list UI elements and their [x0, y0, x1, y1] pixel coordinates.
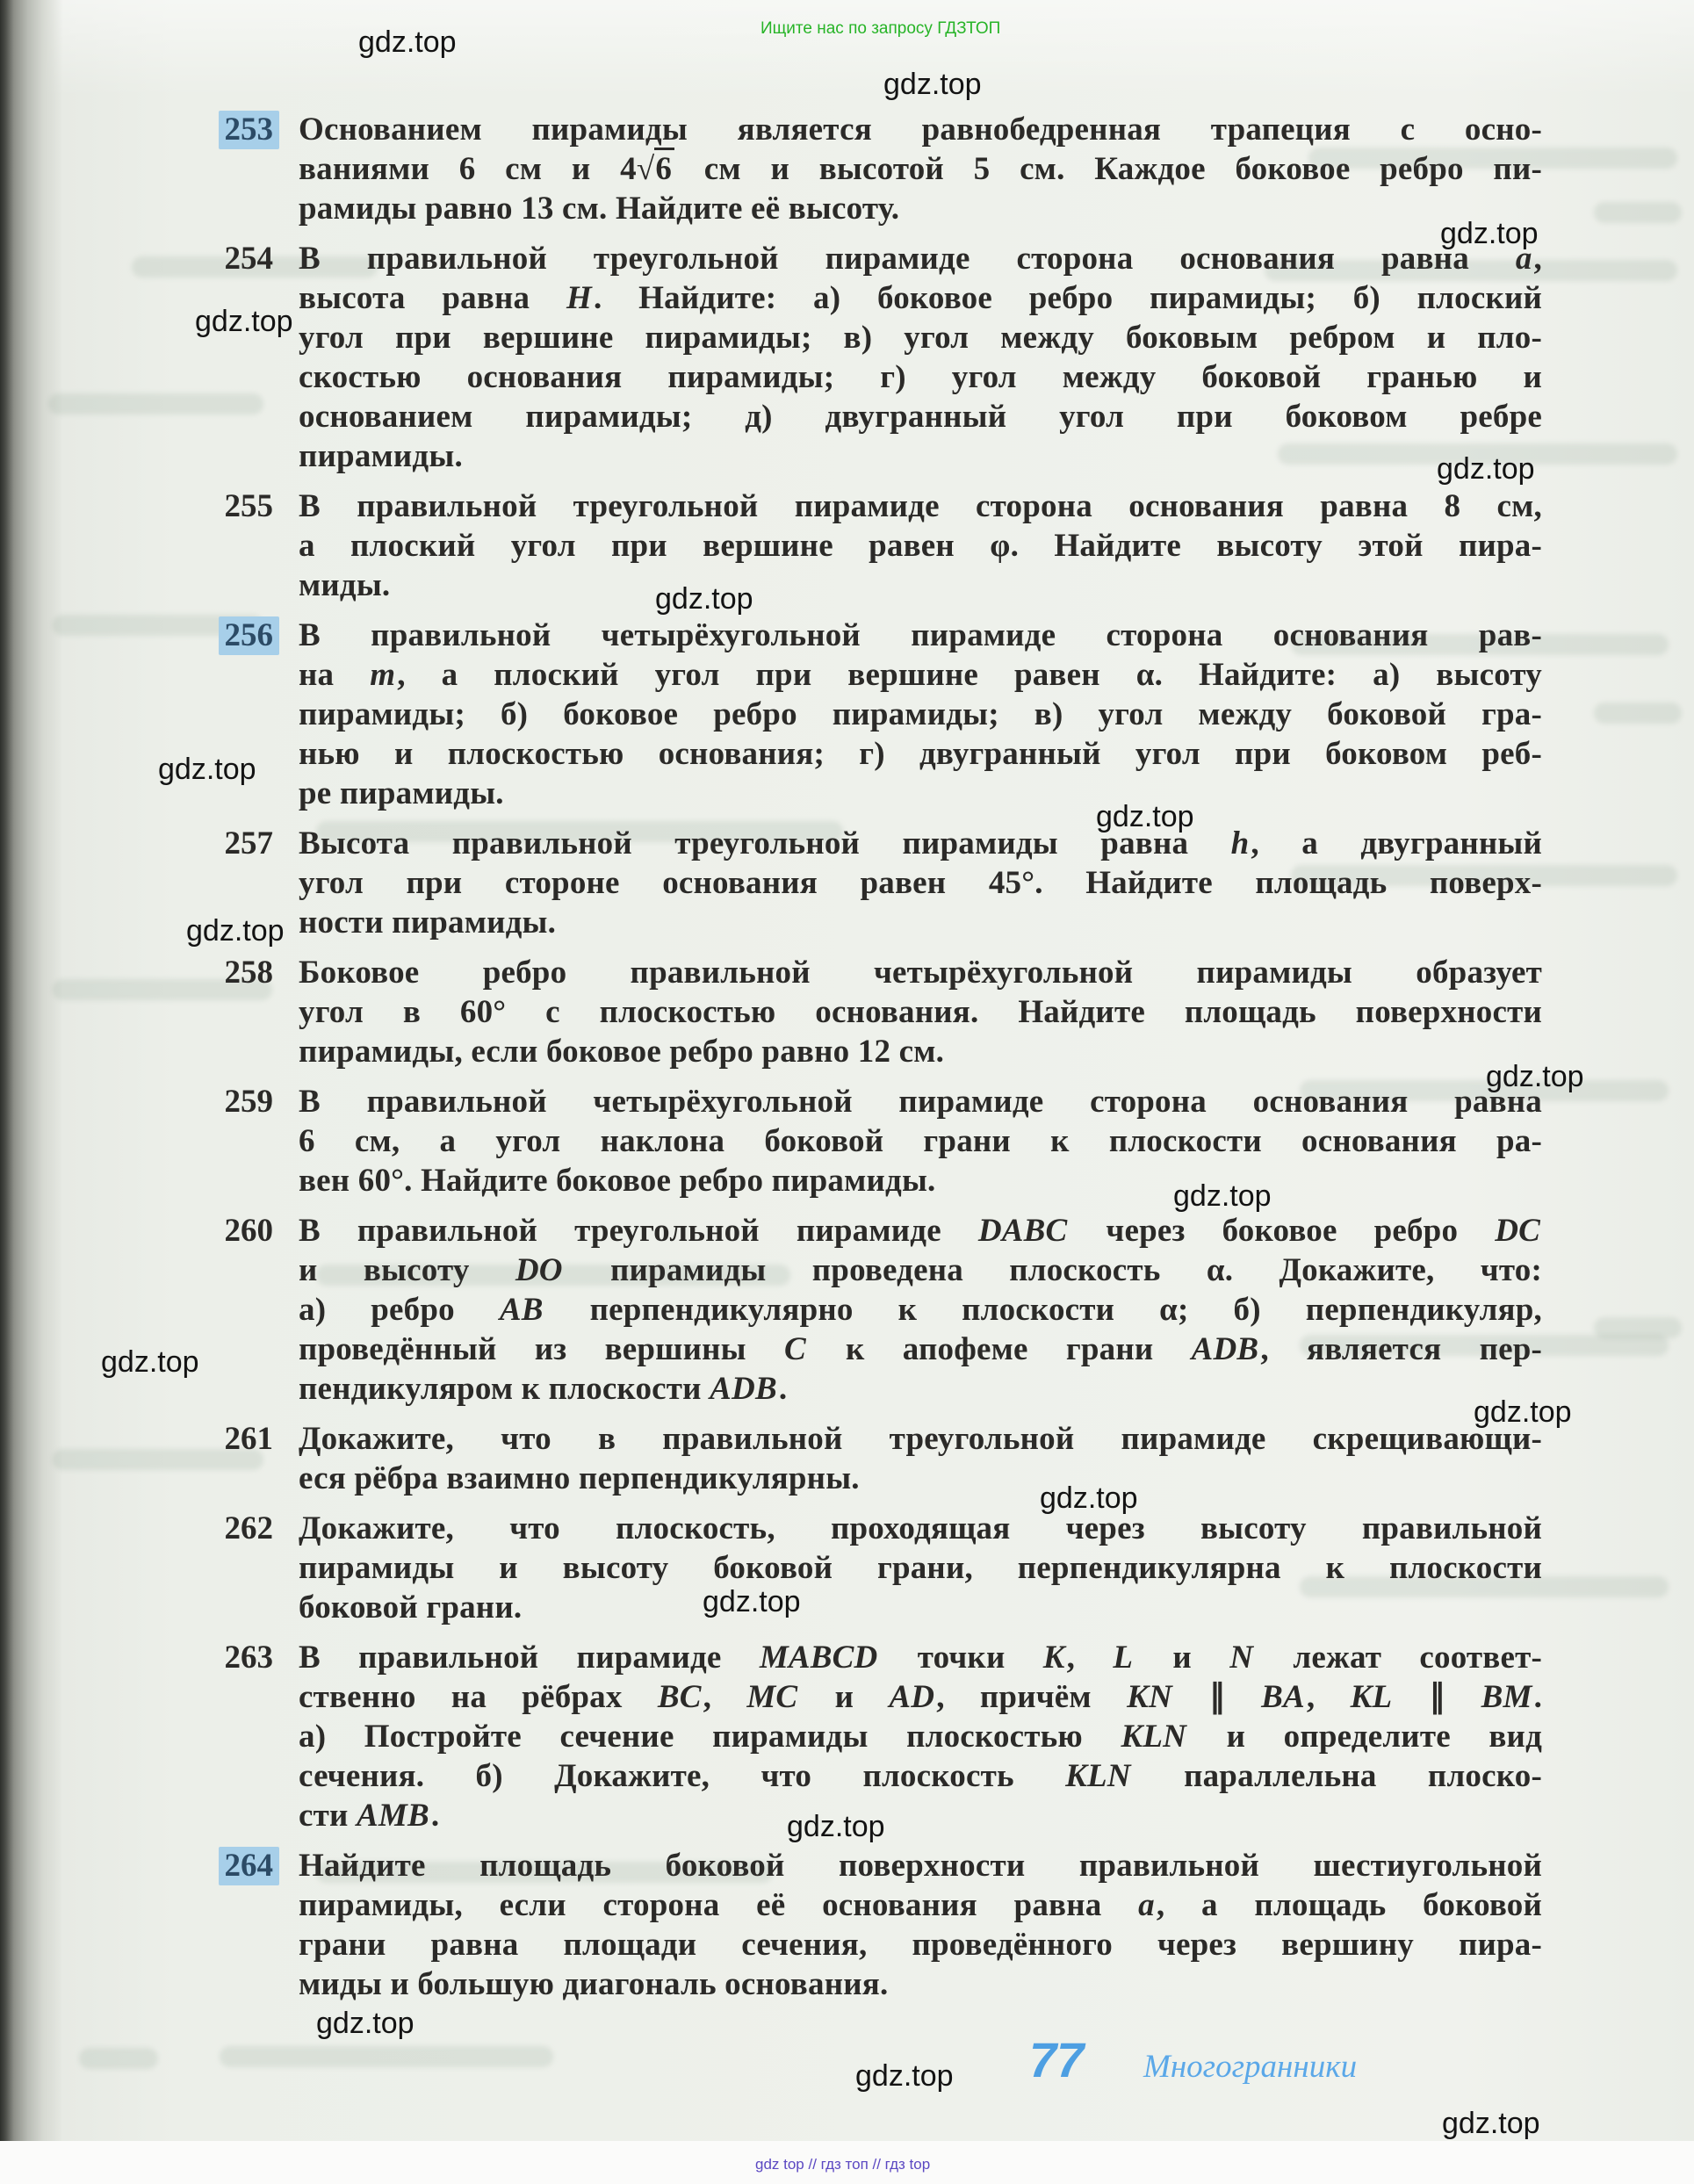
problem-text-line: Докажите, что в правильной треугольной п…: [299, 1419, 1542, 1459]
problem-number-highlighted: 256: [219, 616, 280, 655]
problem-text-line: ре пирамиды.: [299, 774, 1542, 813]
gdz-watermark: gdz.top: [101, 1346, 199, 1378]
problem-text-line: 6 см, а угол наклона боковой грани к пло…: [299, 1121, 1542, 1161]
gdz-watermark: gdz.top: [1096, 801, 1194, 833]
problem-text-line: угол при стороне основания равен 45°. На…: [299, 863, 1542, 903]
problem-text-line: Докажите, что плоскость, проходящая чере…: [299, 1509, 1542, 1548]
problem-number-highlighted: 253: [219, 111, 280, 149]
gdz-watermark: gdz.top: [1440, 218, 1539, 249]
gdz-watermark: gdz.top: [316, 2007, 414, 2039]
problem-text-line: высота равна H. Найдите: а) боковое ребр…: [299, 278, 1542, 318]
problem-text-line: и высоту DO пирамиды проведена плоскость…: [299, 1251, 1542, 1290]
problem-item: 264Найдите площадь боковой поверхности п…: [299, 1846, 1542, 2004]
footer-section-title: Многогранники: [1143, 2050, 1357, 2085]
book-binding-shadow: [0, 0, 63, 2147]
problem-number: 255: [219, 487, 280, 526]
problem-text-line: еся рёбра взаимно перпендикулярны.: [299, 1459, 1542, 1498]
problem-text-line: пирамиды, если сторона её основания равн…: [299, 1885, 1542, 1925]
problem-text-line: Боковое ребро правильной четырёхугольной…: [299, 953, 1542, 992]
footer-watermark-line: gdz top // гдз топ // гдз top: [755, 2156, 930, 2173]
problem-number: 258: [219, 954, 280, 992]
problem-item: 253Основанием пирамиды является равнобед…: [299, 110, 1542, 228]
problem-text-line: В правильной треугольной пирамиде DABC ч…: [299, 1211, 1542, 1251]
gdz-watermark: gdz.top: [1173, 1180, 1272, 1212]
problem-text-line: угол в 60° с плоскостью основания. Найди…: [299, 992, 1542, 1032]
problem-text-line: пендикуляром к плоскости ADB.: [299, 1369, 1542, 1409]
problem-text-line: Найдите площадь боковой поверхности прав…: [299, 1846, 1542, 1885]
gdz-watermark: gdz.top: [195, 306, 293, 337]
problem-item: 262Докажите, что плоскость, проходящая ч…: [299, 1509, 1542, 1627]
problem-text-line: основанием пирамиды; д) двугранный угол …: [299, 397, 1542, 436]
problem-text-line: В правильной четырёхугольной пирамиде ст…: [299, 1082, 1542, 1121]
problem-item: 260В правильной треугольной пирамиде DAB…: [299, 1211, 1542, 1409]
problem-text-line: сти AMB.: [299, 1796, 1542, 1835]
problem-text-line: миды и большую диагональ основания.: [299, 1964, 1542, 2004]
gdz-watermark: gdz.top: [1442, 2108, 1540, 2139]
scanned-textbook-page: { "page": { "promo_text": "Ищите нас по …: [0, 0, 1694, 2184]
gdz-watermark: gdz.top: [1486, 1061, 1584, 1092]
problem-item: 254В правильной треугольной пирамиде сто…: [299, 239, 1542, 476]
problem-text-line: миды.: [299, 566, 1542, 605]
problem-text-line: скостью основания пирамиды; г) угол межд…: [299, 357, 1542, 397]
problem-text-line: Основанием пирамиды является равнобедрен…: [299, 110, 1542, 149]
problem-text-line: пирамиды и высоту боковой грани, перпенд…: [299, 1548, 1542, 1588]
problem-number: 259: [219, 1083, 280, 1121]
promo-text: Ищите нас по запросу ГДЗТОП: [760, 19, 1000, 39]
gdz-watermark: gdz.top: [358, 26, 457, 58]
gdz-watermark: gdz.top: [787, 1811, 885, 1842]
problem-text-line: В правильной треугольной пирамиде сторон…: [299, 239, 1542, 278]
problem-text-line: В правильной пирамиде MABCD точки K, L и…: [299, 1638, 1542, 1677]
problem-number: 260: [219, 1212, 280, 1251]
problem-text-line: сечения. б) Докажите, что плоскость KLN …: [299, 1756, 1542, 1796]
problem-item: 259В правильной четырёхугольной пирамиде…: [299, 1082, 1542, 1200]
gdz-watermark: gdz.top: [655, 583, 753, 615]
problem-text-line: на m, а плоский угол при вершине равен α…: [299, 655, 1542, 695]
problem-item: 255В правильной треугольной пирамиде сто…: [299, 487, 1542, 605]
problem-item: 263В правильной пирамиде MABCD точки K, …: [299, 1638, 1542, 1835]
problem-item: 258Боковое ребро правильной четырёхуголь…: [299, 953, 1542, 1071]
gdz-watermark: gdz.top: [855, 2060, 954, 2092]
problem-item: 256В правильной четырёхугольной пирамиде…: [299, 616, 1542, 813]
problem-text-line: рамиды равно 13 см. Найдите её высоту.: [299, 189, 1542, 228]
problem-text-line: боковой грани.: [299, 1588, 1542, 1627]
problem-text-line: а) ребро AB перпендикулярно к плоскости …: [299, 1290, 1542, 1330]
problem-text-line: а плоский угол при вершине равен φ. Найд…: [299, 526, 1542, 566]
problem-text-line: угол при вершине пирамиды; в) угол между…: [299, 318, 1542, 357]
problem-text-line: пирамиды; б) боковое ребро пирамиды; в) …: [299, 695, 1542, 734]
problem-item: 257Высота правильной треугольной пирамид…: [299, 824, 1542, 942]
problem-text-line: вен 60°. Найдите боковое ребро пирамиды.: [299, 1161, 1542, 1200]
problem-number: 254: [219, 240, 280, 278]
problem-text-line: нью и плоскостью основания; г) двугранны…: [299, 734, 1542, 774]
problem-text-line: ственно на рёбрах BC, MC и AD, причём KN…: [299, 1677, 1542, 1717]
problem-number: 262: [219, 1510, 280, 1548]
gdz-watermark: gdz.top: [703, 1586, 801, 1618]
gdz-watermark: gdz.top: [1437, 453, 1535, 485]
problem-number: 257: [219, 825, 280, 863]
problem-text-line: пирамиды.: [299, 436, 1542, 476]
problem-text-line: Высота правильной треугольной пирамиды р…: [299, 824, 1542, 863]
problem-number: 261: [219, 1420, 280, 1459]
problem-text-line: ности пирамиды.: [299, 903, 1542, 942]
gdz-watermark: gdz.top: [1040, 1482, 1138, 1514]
problem-number: 263: [219, 1639, 280, 1677]
problem-text-line: грани равна площади сечения, проведённог…: [299, 1925, 1542, 1964]
problem-item: 261Докажите, что в правильной треугольно…: [299, 1419, 1542, 1498]
gdz-watermark: gdz.top: [1474, 1396, 1572, 1428]
problem-text-line: ваниями 6 см и 4√6 см и высотой 5 см. Ка…: [299, 149, 1542, 189]
problem-text-line: проведённый из вершины C к апофеме грани…: [299, 1330, 1542, 1369]
problem-text-line: В правильной треугольной пирамиде сторон…: [299, 487, 1542, 526]
problem-text-line: В правильной четырёхугольной пирамиде ст…: [299, 616, 1542, 655]
gdz-watermark: gdz.top: [883, 68, 982, 100]
gdz-watermark: gdz.top: [186, 915, 285, 947]
footer-page-number: 77: [1029, 2036, 1084, 2085]
problem-number-highlighted: 264: [219, 1847, 280, 1885]
gdz-watermark: gdz.top: [158, 753, 256, 785]
problem-text-line: а) Постройте сечение пирамиды плоскостью…: [299, 1717, 1542, 1756]
problem-text-line: пирамиды, если боковое ребро равно 12 см…: [299, 1032, 1542, 1071]
problem-list: 253Основанием пирамиды является равнобед…: [299, 110, 1542, 2015]
